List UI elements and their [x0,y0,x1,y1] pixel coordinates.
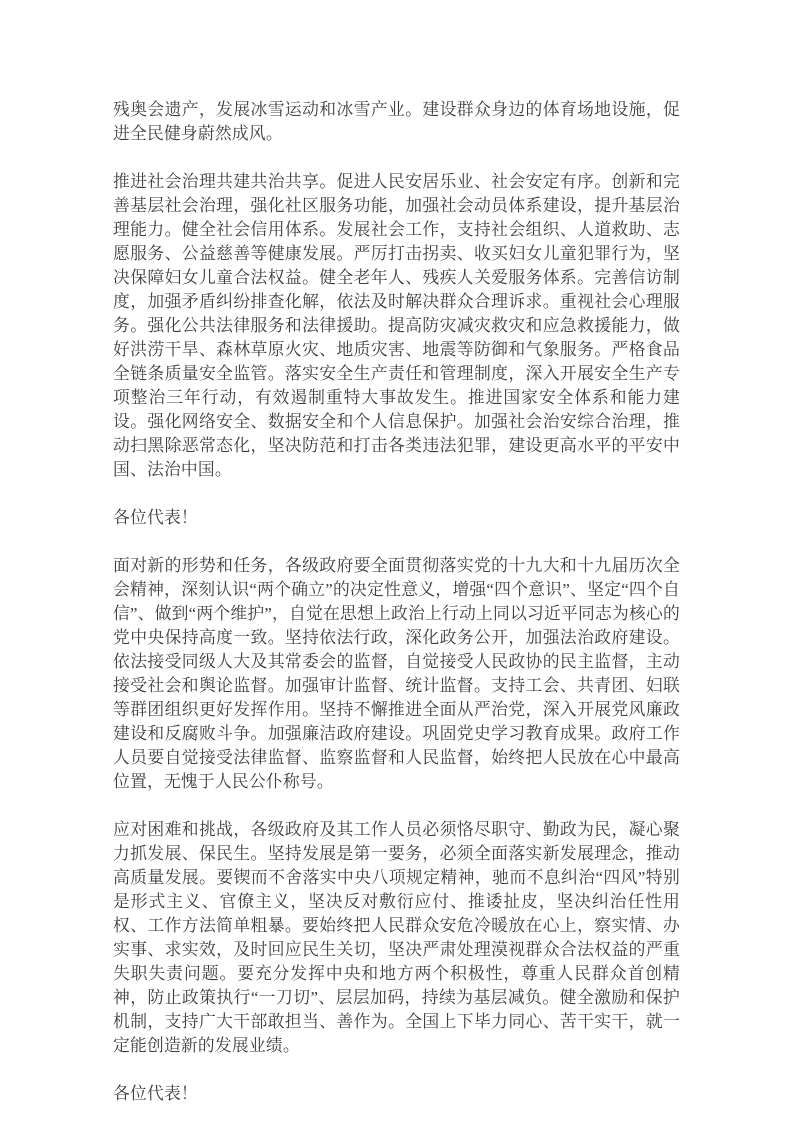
body-paragraph: 推进社会治理共建共治共享。促进人民安居乐业、社会安定有序。创新和完善基层社会治理… [113,170,680,482]
salutation-line: 各位代表！ [113,1082,680,1106]
salutation-line: 各位代表！ [113,506,680,530]
body-paragraph: 残奥会遗产，发展冰雪运动和冰雪产业。建设群众身边的体育场地设施，促进全民健身蔚然… [113,98,680,146]
document-page: 残奥会遗产，发展冰雪运动和冰雪产业。建设群众身边的体育场地设施，促进全民健身蔚然… [0,0,793,1122]
document-text-block: 残奥会遗产，发展冰雪运动和冰雪产业。建设群众身边的体育场地设施，促进全民健身蔚然… [113,98,680,1106]
body-paragraph: 面对新的形势和任务，各级政府要全面贯彻落实党的十九大和十九届历次全会精神，深刻认… [113,554,680,794]
body-paragraph: 应对困难和挑战，各级政府及其工作人员必须恪尽职守、勤政为民，凝心聚力抓发展、保民… [113,818,680,1058]
